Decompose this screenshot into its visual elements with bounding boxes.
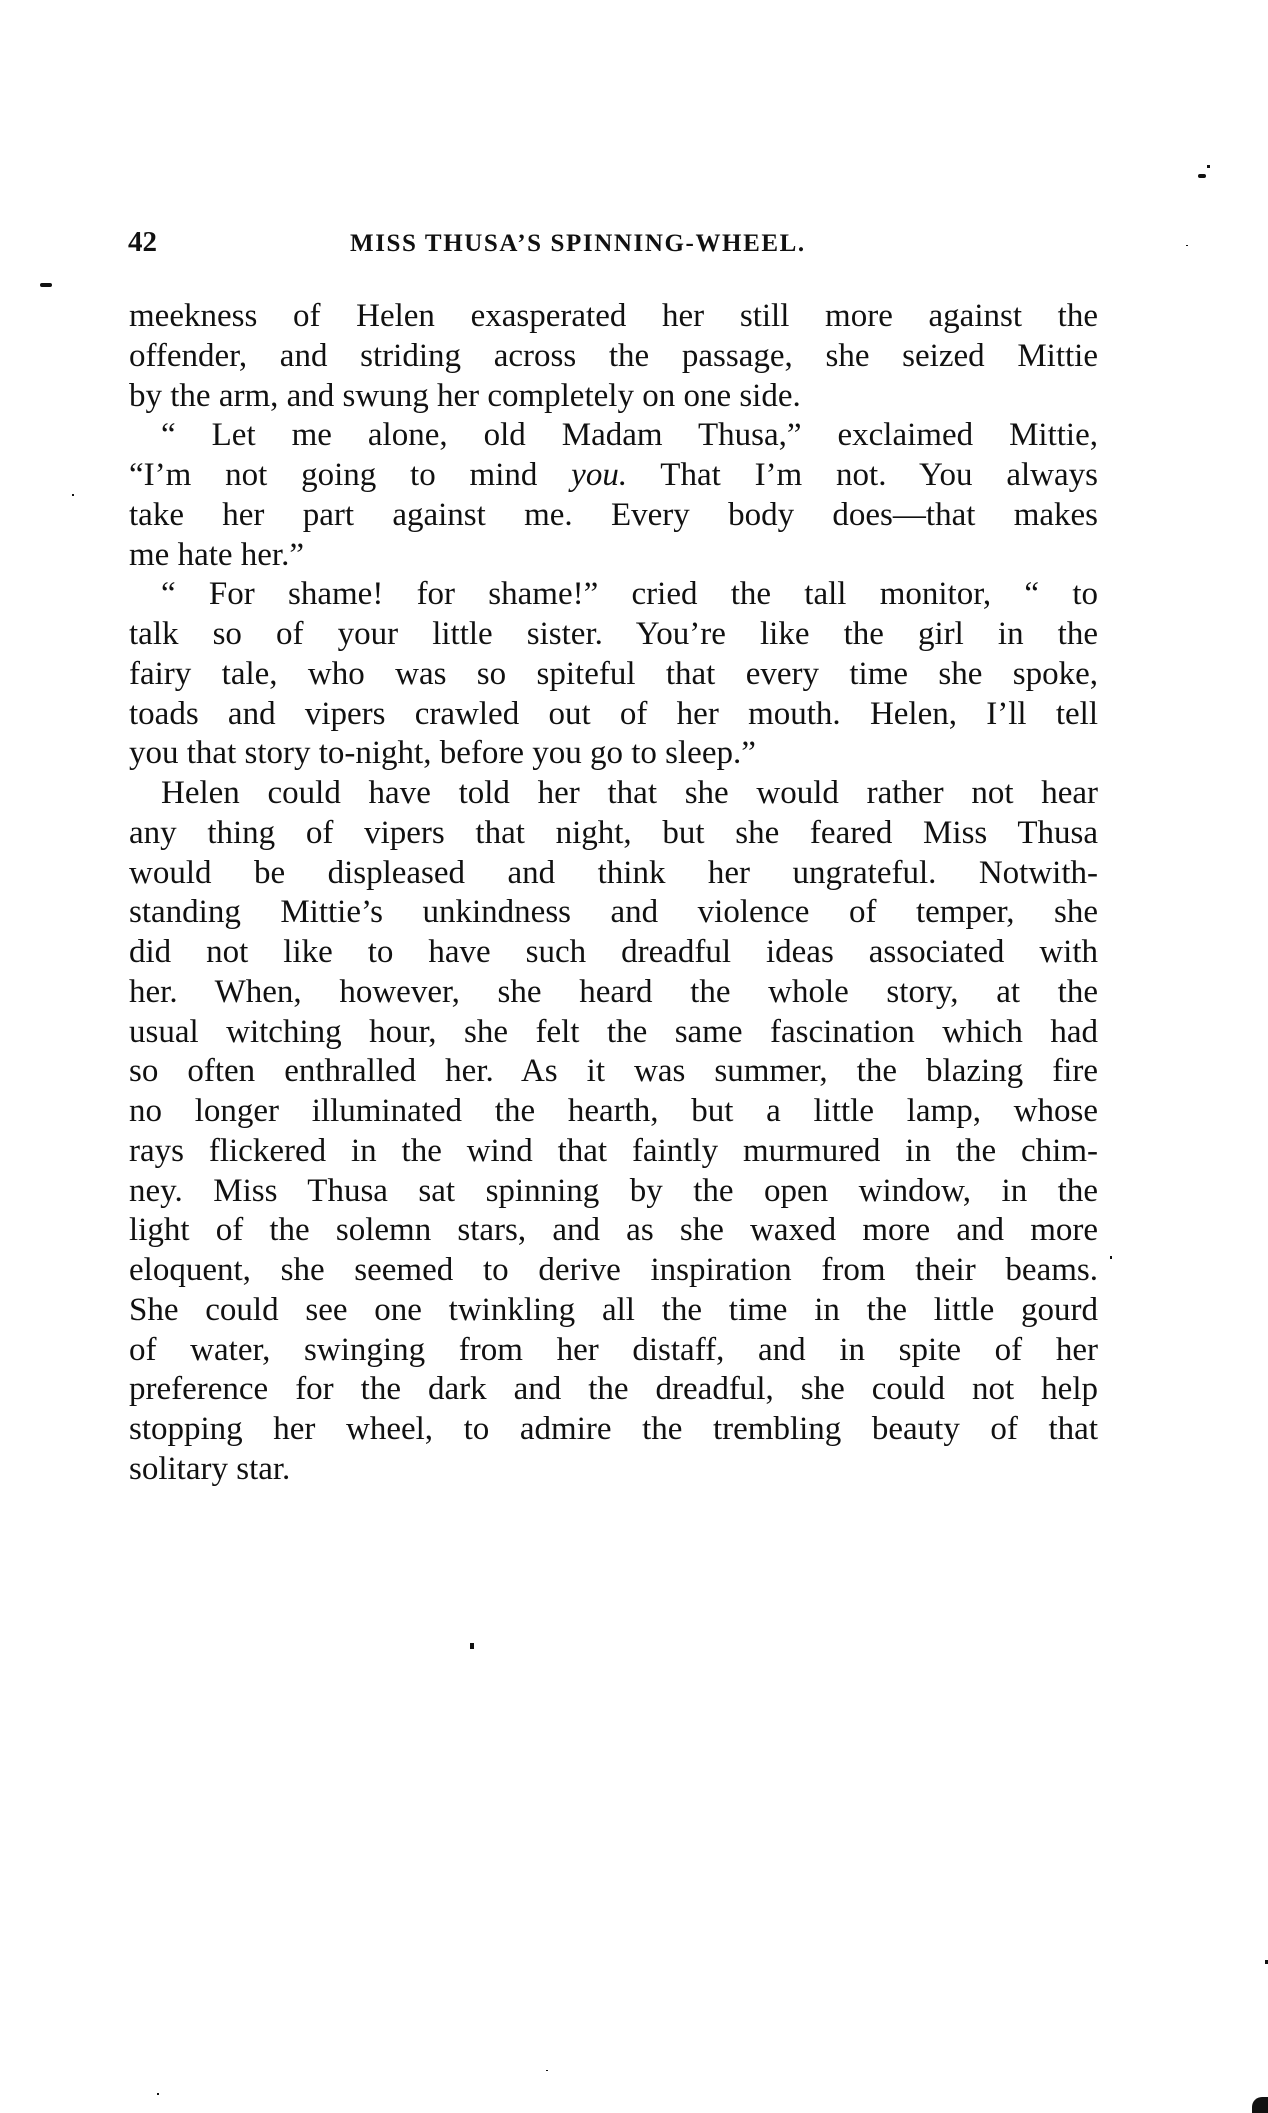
text-line: “ Let me alone, old Madam Thusa,” exclai… xyxy=(129,416,1098,456)
book-page: 42 MISS THUSA’S SPINNING-WHEEL. meekness… xyxy=(0,0,1268,2113)
text-line: her. When, however, she heard the whole … xyxy=(129,973,1098,1013)
page-number: 42 xyxy=(128,222,157,262)
scan-speck xyxy=(1186,245,1188,246)
text-line: you that story to-night, before you go t… xyxy=(129,734,1098,774)
emphasized-word: you. xyxy=(571,457,627,493)
text-line: any thing of vipers that night, but she … xyxy=(129,814,1098,854)
text-line: stopping her wheel, to admire the trembl… xyxy=(129,1410,1098,1450)
text-line: talk so of your little sister. You’re li… xyxy=(129,615,1098,655)
text-line: standing Mittie’s unkindness and violenc… xyxy=(129,893,1098,933)
scan-speck xyxy=(40,283,52,287)
text-line: eloquent, she seemed to derive inspirati… xyxy=(129,1251,1098,1291)
text-line: take her part against me. Every body doe… xyxy=(129,496,1098,536)
text-line: fairy tale, who was so spiteful that eve… xyxy=(129,655,1098,695)
scan-speck xyxy=(546,2070,548,2071)
text-line: offender, and striding across the passag… xyxy=(129,337,1098,377)
text-line: toads and vipers crawled out of her mout… xyxy=(129,695,1098,735)
running-title: MISS THUSA’S SPINNING-WHEEL. xyxy=(350,224,806,264)
text-line: usual witching hour, she felt the same f… xyxy=(129,1013,1098,1053)
text-line: me hate her.” xyxy=(129,536,1098,576)
scan-speck xyxy=(1252,2097,1268,2113)
scan-speck xyxy=(470,1643,474,1649)
body-text: meekness of Helen exasperated her still … xyxy=(129,297,1098,1490)
text-line: rays flickered in the wind that faintly … xyxy=(129,1132,1098,1172)
text-line: “I’m not going to mind you. That I’m not… xyxy=(129,456,1098,496)
scan-speck xyxy=(157,2093,159,2095)
scan-speck xyxy=(72,494,74,496)
text-line: preference for the dark and the dreadful… xyxy=(129,1370,1098,1410)
text-line: would be displeased and think her ungrat… xyxy=(129,854,1098,894)
text-line: of water, swinging from her distaff, and… xyxy=(129,1331,1098,1371)
scan-speck xyxy=(1110,1256,1112,1259)
scan-speck xyxy=(1198,174,1206,178)
text-line: Helen could have told her that she would… xyxy=(129,774,1098,814)
text-line: by the arm, and swung her completely on … xyxy=(129,377,1098,417)
text-line: solitary star. xyxy=(129,1450,1098,1490)
running-head: 42 MISS THUSA’S SPINNING-WHEEL. xyxy=(128,222,1098,262)
text-line: light of the solemn stars, and as she wa… xyxy=(129,1211,1098,1251)
text-line: did not like to have such dreadful ideas… xyxy=(129,933,1098,973)
scan-speck xyxy=(1207,165,1210,168)
text-line: no longer illuminated the hearth, but a … xyxy=(129,1092,1098,1132)
text-line: She could see one twinkling all the time… xyxy=(129,1291,1098,1331)
text-line: “ For shame! for shame!” cried the tall … xyxy=(129,575,1098,615)
text-line: ney. Miss Thusa sat spinning by the open… xyxy=(129,1172,1098,1212)
text-line: so often enthralled her. As it was summe… xyxy=(129,1052,1098,1092)
text-line: meekness of Helen exasperated her still … xyxy=(129,297,1098,337)
